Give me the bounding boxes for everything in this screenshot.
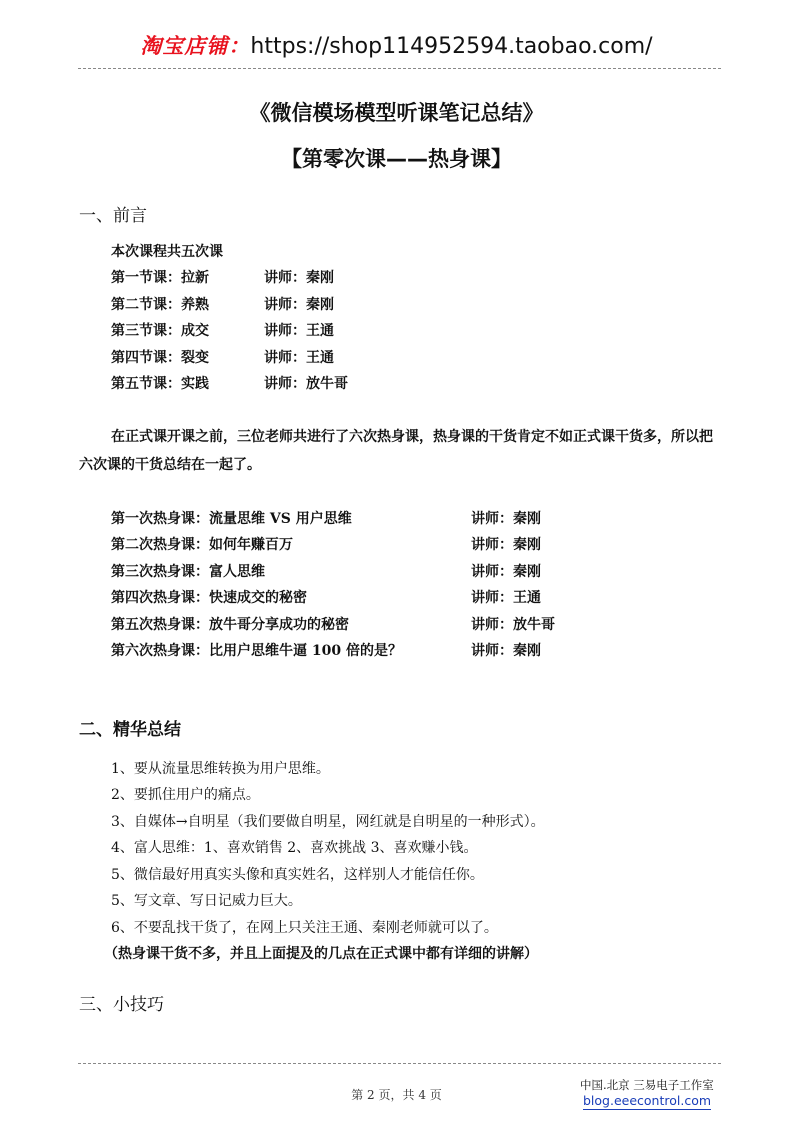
warmup-name: 第四次热身课：快速成交的秘密: [111, 587, 307, 607]
lesson-teacher: 讲师：秦刚: [264, 267, 334, 287]
intro-paragraph: 在正式课开课之前，三位老师共进行了六次热身课，热身课的干货肯定不如正式课干货多，…: [79, 423, 722, 479]
shop-label: 淘宝店铺：: [140, 33, 250, 58]
summary-point: 6、不要乱找干货了，在网上只关注王通、秦刚老师就可以了。: [111, 917, 498, 937]
lesson-name: 第一节课：拉新: [111, 267, 209, 287]
warmup-teacher: 讲师：秦刚: [471, 508, 541, 528]
footer-divider: [78, 1063, 721, 1064]
warmup-teacher: 讲师：秦刚: [471, 640, 541, 660]
warmup-teacher: 讲师：王通: [471, 587, 541, 607]
lesson-name: 第二节课：养熟: [111, 294, 209, 314]
shop-url[interactable]: https://shop114952594.taobao.com/: [250, 34, 652, 59]
warmup-name: 第五次热身课：放牛哥分享成功的秘密: [111, 614, 349, 634]
blog-link[interactable]: blog.eeecontrol.com: [583, 1093, 711, 1110]
warmup-teacher: 讲师：秦刚: [471, 561, 541, 581]
lesson-name: 第五节课：实践: [111, 373, 209, 393]
warmup-name: 第六次热身课：比用户思维牛逼 100 倍的是？: [111, 640, 402, 660]
summary-point: 5、写文章、写日记威力巨大。: [111, 890, 302, 910]
summary-point: 2、要抓住用户的痛点。: [111, 784, 260, 804]
summary-note: （热身课干货不多，并且上面提及的几点在正式课中都有详细的讲解）: [104, 943, 538, 963]
course-intro: 本次课程共五次课: [111, 241, 223, 261]
section-heading-tips: 三、小技巧: [79, 990, 164, 1015]
warmup-teacher: 讲师：秦刚: [471, 534, 541, 554]
warmup-teacher: 讲师：放牛哥: [471, 614, 555, 634]
studio-name: 中国.北京 三易电子工作室: [580, 1077, 714, 1093]
section-heading-summary: 二、精华总结: [79, 715, 181, 740]
summary-point: 3、自媒体→自明星（我们要做自明星，网红就是自明星的一种形式）。: [111, 811, 545, 831]
warmup-name: 第三次热身课：富人思维: [111, 561, 265, 581]
lesson-teacher: 讲师：秦刚: [264, 294, 334, 314]
document-title: 《微信模场模型听课笔记总结》: [0, 97, 793, 127]
shop-header: 淘宝店铺：https://shop114952594.taobao.com/: [0, 30, 793, 60]
summary-point: 5、微信最好用真实头像和真实姓名，这样别人才能信任你。: [111, 864, 484, 884]
warmup-name: 第一次热身课：流量思维 VS 用户思维: [111, 508, 352, 528]
lesson-name: 第三节课：成交: [111, 320, 209, 340]
lesson-teacher: 讲师：王通: [264, 347, 334, 367]
summary-point: 1、要从流量思维转换为用户思维。: [111, 758, 330, 778]
lesson-teacher: 讲师：王通: [264, 320, 334, 340]
lesson-teacher: 讲师：放牛哥: [264, 373, 348, 393]
warmup-name: 第二次热身课：如何年赚百万: [111, 534, 293, 554]
lesson-name: 第四节课：裂变: [111, 347, 209, 367]
summary-point: 4、富人思维：1、喜欢销售 2、喜欢挑战 3、喜欢赚小钱。: [111, 837, 478, 857]
section-heading-preface: 一、前言: [79, 201, 147, 226]
document-subtitle: 【第零次课——热身课】: [0, 143, 793, 173]
header-divider: [78, 68, 721, 69]
